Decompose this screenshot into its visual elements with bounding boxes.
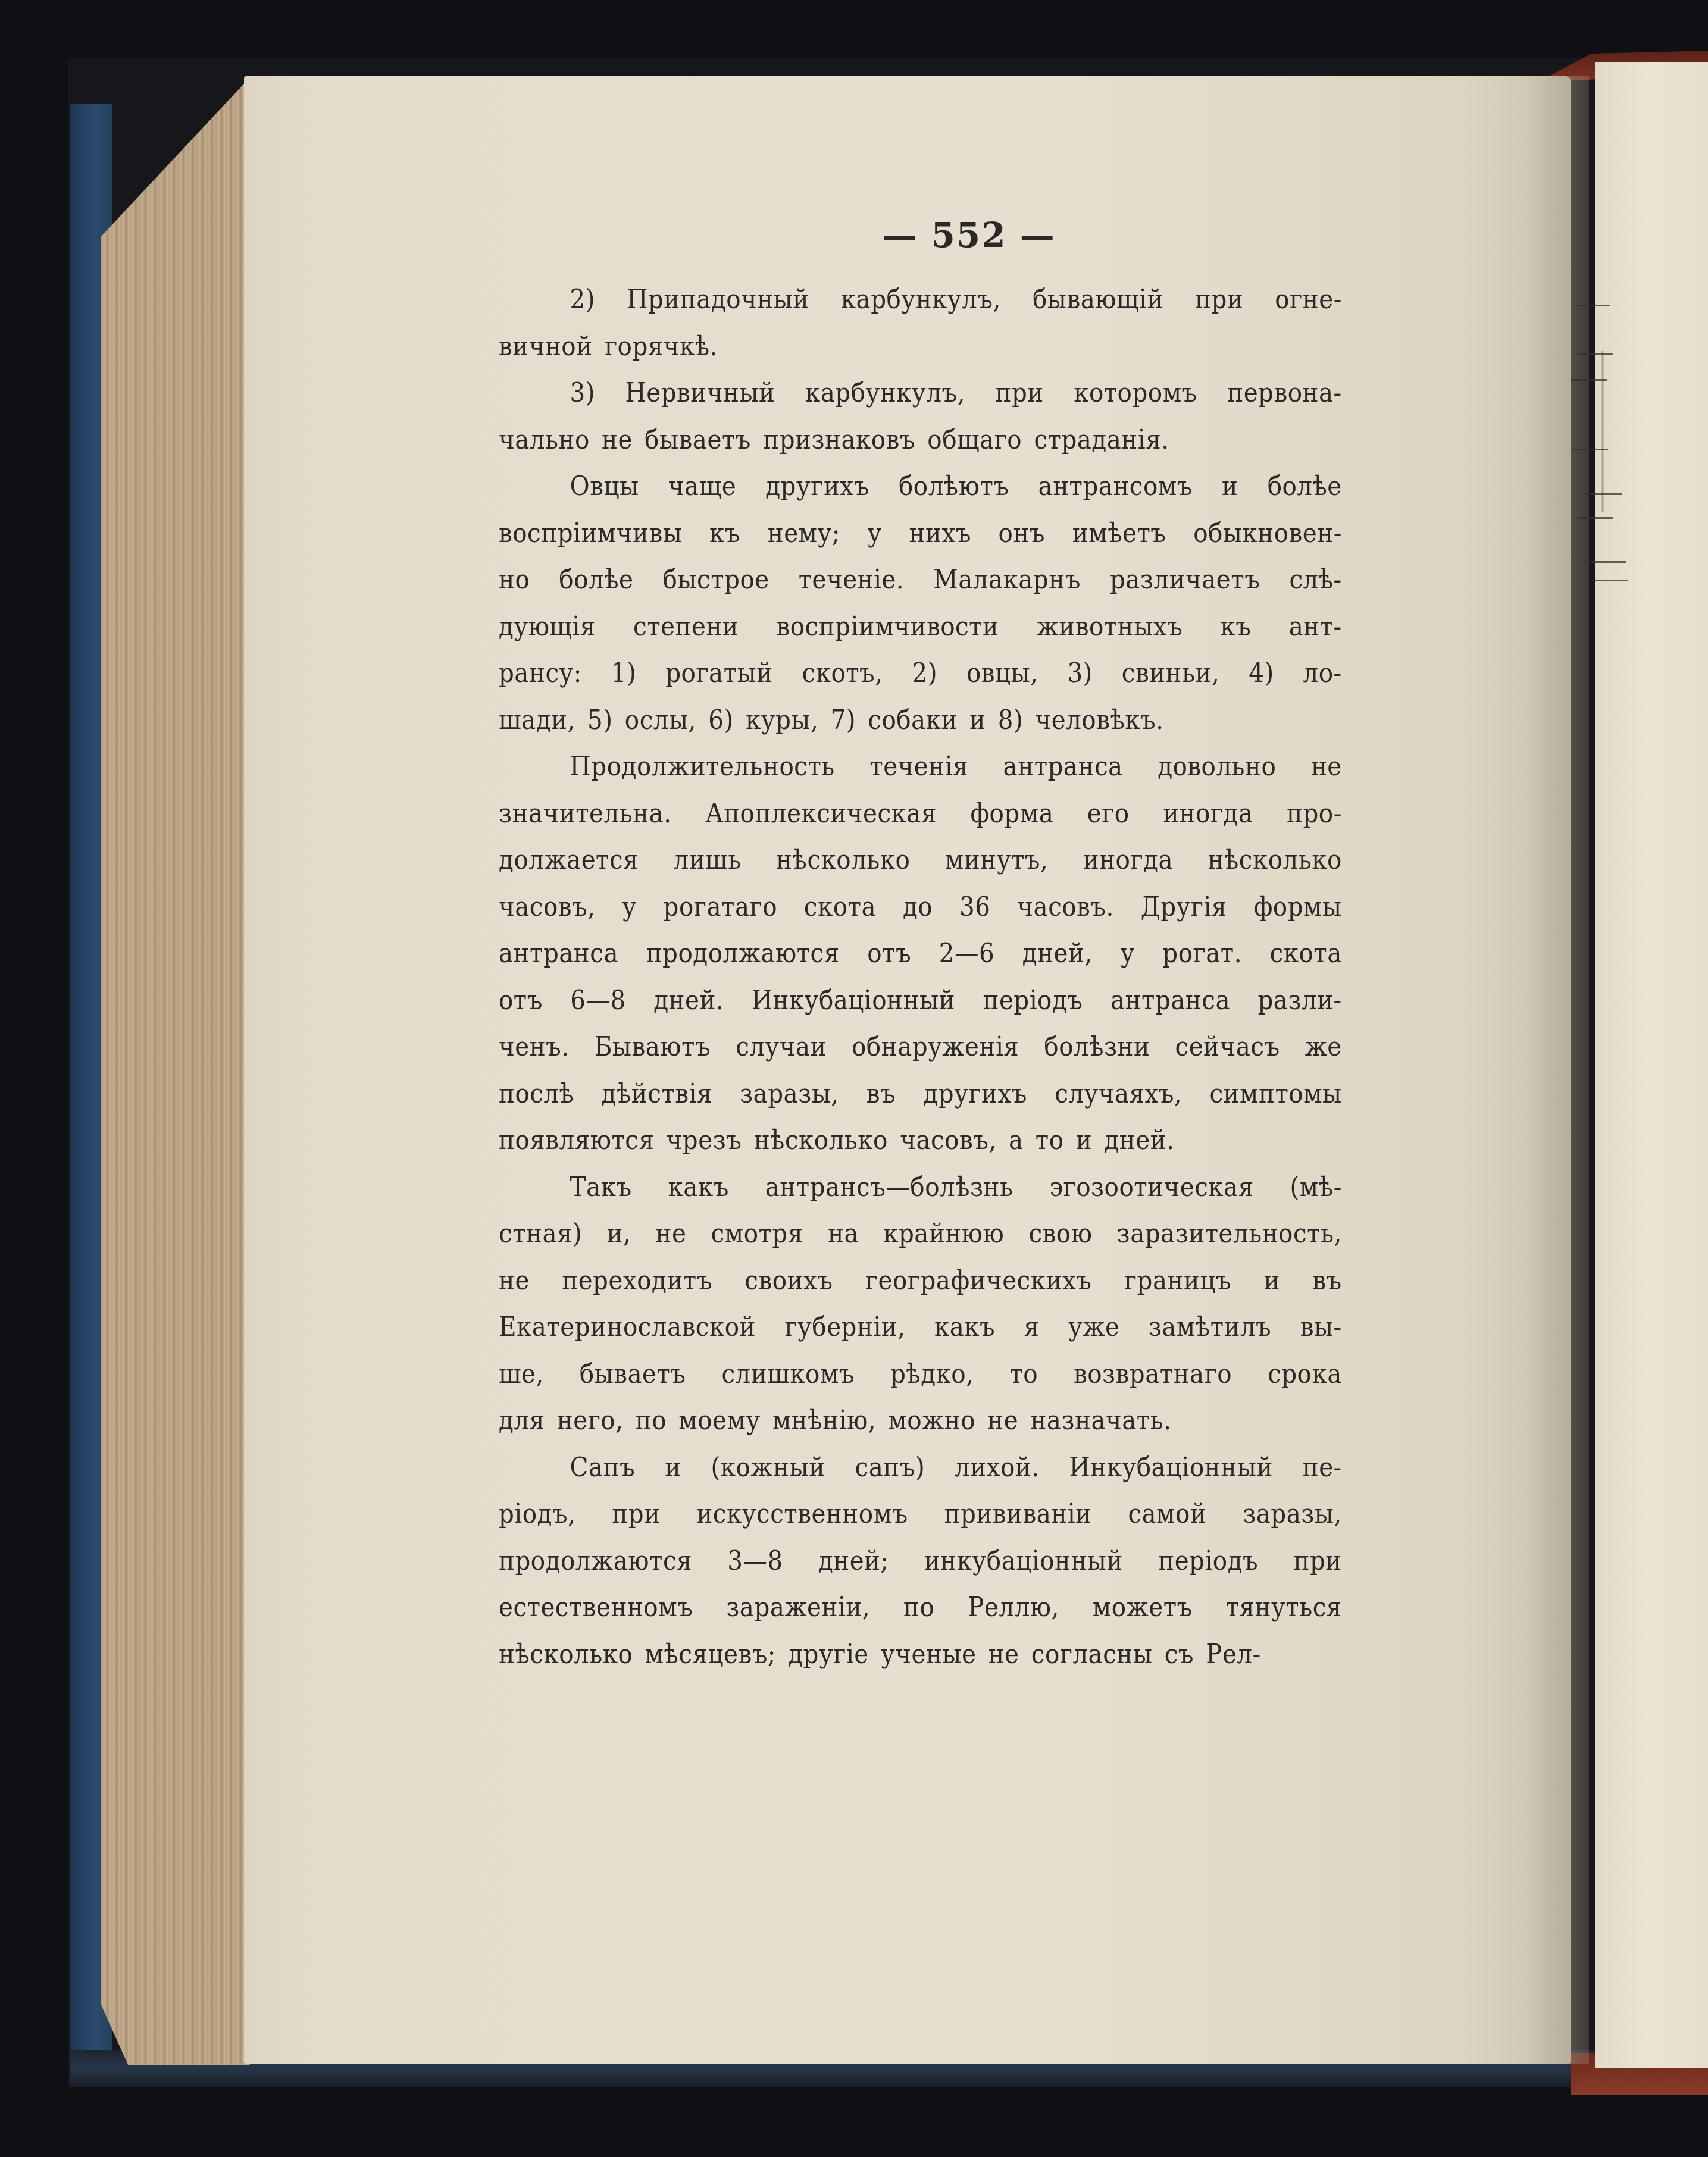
binding-thread-mark	[1571, 379, 1607, 381]
paragraph: Сапъи(кожныйсапъ)лихой.Инкубаціонныйпе-р…	[499, 1445, 1415, 1679]
binding-thread-mark	[1577, 517, 1613, 519]
text-line: 3)Нервичныйкарбункулъ,прикоторомъпервона…	[499, 370, 1342, 417]
text-line: значительна.Апоплексическаяформаегоиногд…	[499, 791, 1342, 838]
text-line: Сапъи(кожныйсапъ)лихой.Инкубаціонныйпе-	[499, 1445, 1342, 1492]
gutter-shadow	[1524, 76, 1589, 2064]
text-line: чальнонебываетъпризнаковъобщагостраданія…	[499, 417, 1342, 464]
text-line: непереходитъсвоихъгеографическихъграницъ…	[499, 1258, 1342, 1305]
text-line: послѣдѣйствіязаразы,въдругихъслучаяхъ,си…	[499, 1071, 1342, 1118]
binding-thread-mark	[1574, 305, 1610, 306]
text-line: Продолжительностьтеченіяантрансадовольно…	[499, 744, 1342, 791]
text-line: отъ6—8дней.Инкубаціонныйперіодъантрансар…	[499, 978, 1342, 1025]
text-line: Такъкакъантрансъ—болѣзньэгозоотическая(м…	[499, 1164, 1342, 1211]
binding-thread-mark	[1586, 493, 1622, 495]
binding-thread-mark	[1590, 561, 1626, 563]
paragraph: Овцычащедругихъболѣютъантрансомъиболѣево…	[499, 464, 1415, 744]
paragraph: Продолжительностьтеченіяантрансадовольно…	[499, 744, 1415, 1164]
text-line: рансу:1)рогатыйскотъ,2)овцы,3)свиньи,4)л…	[499, 650, 1342, 697]
text-line: ше,бываетъслишкомърѣдко,товозвратнагосро…	[499, 1351, 1342, 1398]
text-line: дующіястепенивоспріимчивостиживотныхъкъа…	[499, 604, 1342, 651]
text-line: ріодъ,приискусственномъпрививаніисамойза…	[499, 1491, 1342, 1538]
text-line: вичнойгорячкѣ.	[499, 324, 1342, 371]
page-number: — 552 —	[523, 211, 1415, 259]
binding-thread-mark	[1572, 449, 1608, 450]
text-line: нѣсколькомѣсяцевъ;другіеученыенесогласны…	[499, 1632, 1342, 1679]
page-edges-stack	[101, 77, 250, 2065]
text-line: появляютсячрезънѣсколькочасовъ,атоидней.	[499, 1117, 1342, 1164]
text-line: 2)Припадочныйкарбункулъ,бывающійприогне-	[499, 277, 1342, 324]
text-line: Овцычащедругихъболѣютъантрансомъиболѣе	[499, 464, 1342, 511]
text-line: Екатеринославскойгуберніи,какъяужезамѣти…	[499, 1304, 1342, 1351]
text-line: естественномъзараженіи,поРеллю,можетътян…	[499, 1585, 1342, 1632]
binding-thread-mark	[1592, 580, 1628, 581]
text-line: продолжаются3—8дней;инкубаціонныйперіодъ…	[499, 1538, 1342, 1585]
paragraphs: 2)Припадочныйкарбункулъ,бывающійприогне-…	[499, 277, 1415, 1678]
paragraph: 3)Нервичныйкарбункулъ,прикоторомъпервона…	[499, 370, 1415, 464]
text-line: длянего,помоемумнѣнію,можноненазначать.	[499, 1398, 1342, 1445]
text-line: ноболѣебыстроетеченіе.Малакарнъразличает…	[499, 557, 1342, 604]
facing-page	[1595, 62, 1708, 2068]
text-line: антрансапродолжаютсяотъ2—6дней,урогат.ск…	[499, 931, 1342, 978]
text-line: ченъ.Бываютъслучаиобнаруженіяболѣзнисейч…	[499, 1024, 1342, 1071]
text-line: шади,5)ослы,6)куры,7)собакии8)человѣкъ.	[499, 697, 1342, 744]
text-line: стная)и,несмотрянакрайнююсвоюзаразительн…	[499, 1211, 1342, 1258]
paragraph: Такъкакъантрансъ—болѣзньэгозоотическая(м…	[499, 1164, 1415, 1445]
text-line: часовъ,урогатагоскотадо36часовъ.Другіяфо…	[499, 884, 1342, 931]
text-line: воспріимчивыкънему;унихъонъимѣетъобыкнов…	[499, 511, 1342, 558]
binding-thread-mark	[1577, 353, 1613, 355]
text-line: должаетсялишьнѣсколькоминутъ,иногданѣско…	[499, 837, 1342, 884]
paragraph: 2)Припадочныйкарбункулъ,бывающійприогне-…	[499, 277, 1415, 370]
page-fold-mark	[1601, 351, 1604, 512]
page-text-block: — 552 — 2)Припадочныйкарбункулъ,бывающій…	[499, 211, 1415, 1678]
